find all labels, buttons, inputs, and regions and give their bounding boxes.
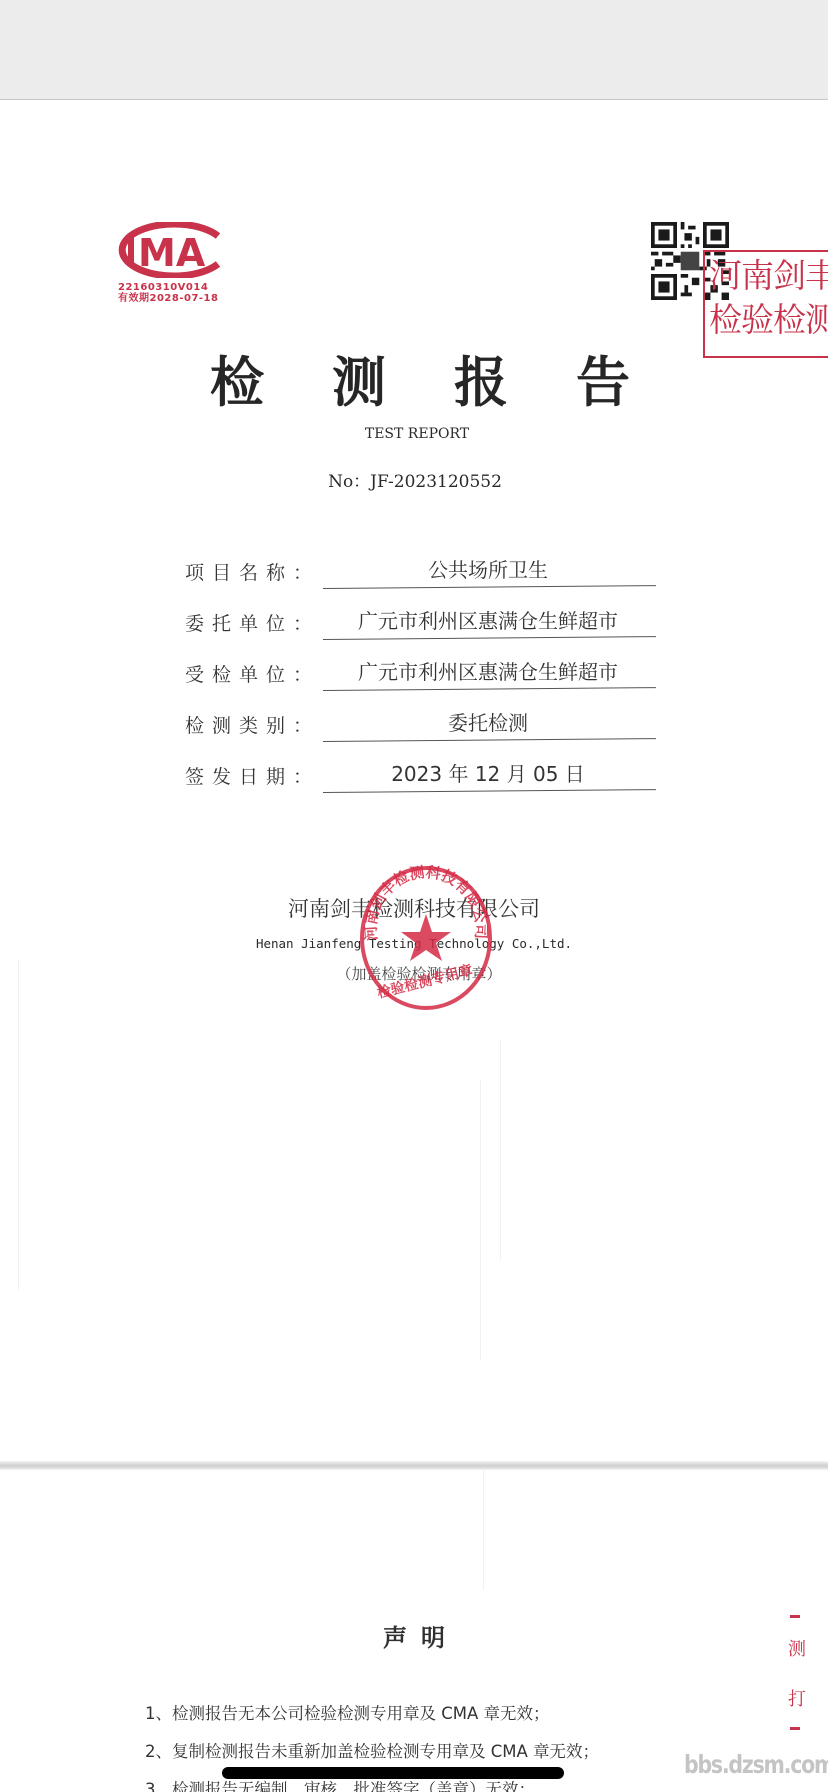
field-label: 签发日期： [185, 762, 310, 789]
field-underline [323, 789, 656, 793]
field-label: 委托单位： [185, 609, 310, 636]
report-subtitle: TEST REPORT [0, 426, 828, 442]
field-inspected-unit: 受检单位： 广元市利州区惠满仓生鲜超市 [185, 652, 655, 703]
header-stamp-line-1: 河南剑丰检测 [709, 256, 828, 296]
field-label: 项目名称： [185, 558, 310, 585]
field-value: 公共场所卫生 [323, 554, 653, 583]
viewer-top-bar [0, 0, 828, 97]
report-title: 检 测 报 告 [210, 340, 630, 410]
field-underline [323, 738, 656, 742]
report-info-form: 项目名称： 公共场所卫生 委托单位： 广元市利州区惠满仓生鲜超市 受检单位： 广… [185, 550, 655, 805]
report-number: No：JF-2023120552 [0, 467, 828, 492]
company-round-seal-icon: 河南剑丰检测科技有限公司 检验检测专用章 [356, 862, 496, 1012]
declaration-item: 2、复制检测报告未重新加盖检验检测专用章及 CMA 章无效； [145, 1738, 599, 1762]
cma-mark-icon: MA [118, 222, 226, 278]
field-value: 委托检测 [323, 707, 653, 736]
field-value: 2023 年 12 月 05 日 [323, 758, 653, 787]
title-char: 告 [576, 340, 630, 410]
svg-text:打: 打 [788, 1689, 806, 1710]
field-project-name: 项目名称： 公共场所卫生 [185, 550, 655, 601]
field-test-category: 检测类别： 委托检测 [185, 703, 655, 754]
scan-artifact [500, 1040, 501, 1260]
svg-text:MA: MA [138, 231, 206, 275]
scan-artifact [480, 1080, 481, 1360]
header-stamp-line-2: 检验检测 [709, 300, 828, 340]
declaration-page: 声明 1、检测报告无本公司检验检测专用章及 CMA 章无效； 2、复制检测报告未… [0, 1470, 828, 1792]
title-char: 检 [210, 340, 264, 410]
declaration-title: 声明 [0, 1618, 828, 1653]
side-seal-fragment-icon: 测 打 [786, 1615, 806, 1733]
field-value: 广元市利州区惠满仓生鲜超市 [323, 605, 653, 634]
scan-artifact [483, 1470, 484, 1590]
cma-logo: MA 22160310V014 有效期2028-07-18 [118, 222, 232, 304]
title-char: 报 [454, 340, 508, 410]
home-indicator-bar[interactable] [222, 1767, 564, 1779]
field-underline [323, 585, 656, 589]
field-label: 检测类别： [185, 711, 310, 738]
field-underline [323, 636, 656, 640]
cma-validity-date: 有效期2028-07-18 [118, 293, 232, 304]
title-char: 测 [332, 340, 386, 410]
field-label: 受检单位： [185, 660, 310, 687]
field-issue-date: 签发日期： 2023 年 12 月 05 日 [185, 754, 655, 805]
cma-certificate-code: 22160310V014 [118, 282, 232, 293]
field-value: 广元市利州区惠满仓生鲜超市 [323, 656, 653, 685]
header-stamp: 河南剑丰检测 检验检测 [703, 250, 828, 362]
field-underline [323, 687, 656, 691]
scan-artifact [18, 960, 19, 1290]
declaration-item: 1、检测报告无本公司检验检测专用章及 CMA 章无效； [145, 1700, 550, 1724]
page-separator [0, 1461, 828, 1470]
site-watermark: bbs.dzsm.com [684, 1750, 828, 1779]
svg-text:测: 测 [788, 1639, 806, 1660]
field-client: 委托单位： 广元市利州区惠满仓生鲜超市 [185, 601, 655, 652]
